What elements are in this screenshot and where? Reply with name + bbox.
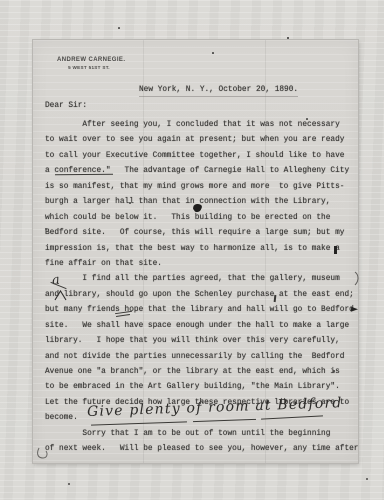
typed-line: to call your Executive Committee togethe… [45, 149, 359, 164]
ink-speck [129, 202, 131, 204]
ink-speck [333, 370, 335, 372]
dateline: New York, N. Y., October 20, 1890. [139, 86, 298, 97]
scan-speck [287, 37, 289, 39]
typed-line: and not divide the parties unnecessarily… [45, 350, 359, 365]
scan-speck [366, 478, 368, 480]
typed-line: and library, should go upon the Schenley… [45, 288, 359, 303]
insertion-caret-icon [54, 290, 67, 301]
typed-line: I find all the parties agreed, that the … [45, 272, 359, 287]
margin-brace-icon [353, 271, 361, 286]
salutation: Dear Sir: [45, 102, 87, 110]
margin-dash-mark [334, 246, 337, 254]
typed-line: Sorry that I am to be out of town until … [45, 427, 359, 442]
typed-line: but many friends hope that the library a… [45, 303, 359, 318]
typed-line: impression is, that the best way to harm… [45, 242, 359, 257]
typed-line: which could be below it. This building t… [45, 211, 359, 226]
letterhead: ANDREW CARNEGIE. 5 WEST 51ST ST. [57, 57, 121, 70]
typed-line: fine affair on that site. [45, 257, 359, 272]
typed-line: After seeing you, I concluded that it wa… [45, 118, 359, 133]
letterhead-address: 5 WEST 51ST ST. [57, 65, 121, 70]
scan-speck [118, 27, 120, 29]
typed-line: a conference." The advantage of Carnegie… [45, 164, 359, 179]
typed-line: of next week. Will be pleased to see you… [45, 442, 359, 457]
typed-line: library. I hope that you will think over… [45, 334, 359, 349]
typed-line: to wait over to see you again at present… [45, 133, 359, 148]
typed-line: site. We shall have space enough under t… [45, 319, 359, 334]
typed-line: is so manifest, that my mind grows more … [45, 180, 359, 195]
ink-speck [306, 118, 308, 120]
letter-page: ANDREW CARNEGIE. 5 WEST 51ST ST. New Yor… [33, 40, 358, 463]
pencil-curl-mark [36, 446, 49, 460]
typed-line: Avenue one "a branch", or the library at… [45, 365, 359, 380]
ink-speck [45, 228, 47, 230]
typed-line: Bedford site. Of course, this will requi… [45, 226, 359, 241]
typed-line: burgh a larger hall than that in connect… [45, 195, 359, 210]
margin-arrow-mark [351, 307, 358, 312]
scan-speck [68, 483, 70, 485]
typed-line: to be embraced in the Art Gallery buildi… [45, 380, 359, 395]
letterhead-name: ANDREW CARNEGIE. [57, 57, 121, 63]
ink-speck [212, 52, 214, 54]
